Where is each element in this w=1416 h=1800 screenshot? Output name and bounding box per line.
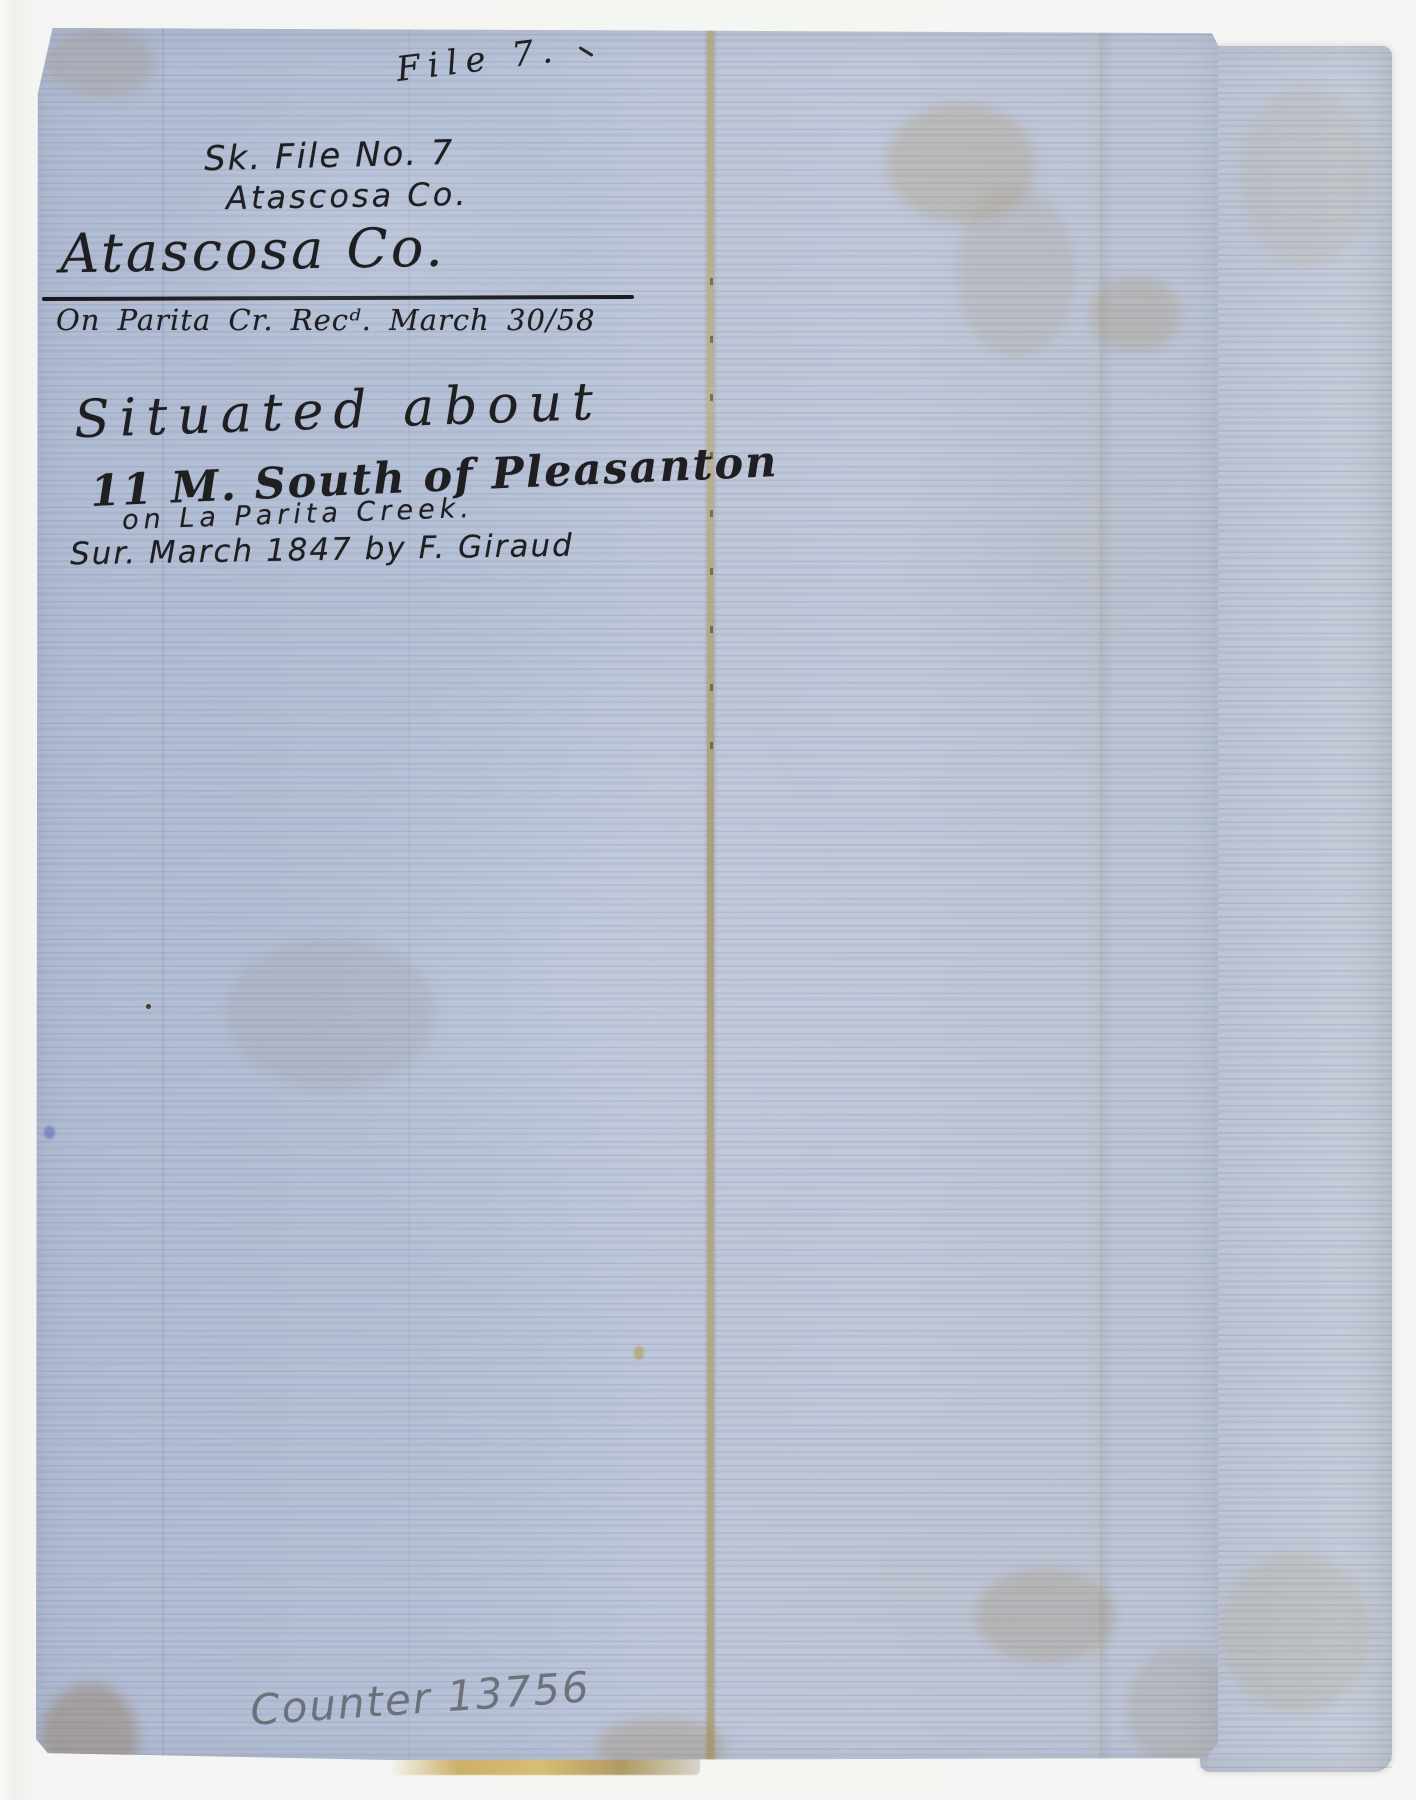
ink-speck — [146, 1004, 151, 1009]
blue-ink-blot — [44, 1126, 55, 1139]
stain — [956, 188, 1076, 358]
stain — [1240, 86, 1370, 266]
seam-stitches — [710, 278, 713, 758]
stain — [226, 938, 436, 1088]
stain — [976, 1568, 1116, 1663]
fold-crease-left — [162, 28, 164, 1760]
yellow-mark — [634, 1346, 644, 1360]
document-sheet — [36, 28, 1218, 1760]
sketch-file-number: Sk. File No. 7 — [204, 133, 456, 180]
stain — [1090, 276, 1182, 352]
back-sheet — [1200, 46, 1392, 1772]
scanner-background: File 7. Sk. File No. 7 Atascosa Co. Atas… — [0, 0, 1416, 1800]
stain — [46, 28, 156, 98]
ruled-lines-back-soft — [1200, 46, 1392, 1772]
county-heading: Atascosa Co. — [59, 216, 446, 286]
stain — [1220, 1552, 1370, 1712]
stain — [42, 1683, 138, 1793]
received-line: On Parita Cr. Recᵈ. March 30/58 — [56, 303, 596, 337]
fold-crease-faint — [408, 28, 410, 1760]
sketch-county-label: Atascosa Co. — [226, 175, 469, 217]
